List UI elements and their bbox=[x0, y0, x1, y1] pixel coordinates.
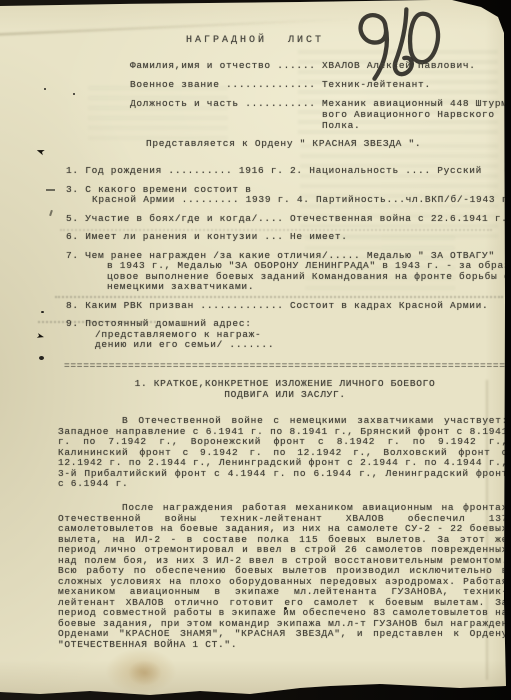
section-title-line: ПОДВИГА ИЛИ ЗАСЛУГ. bbox=[70, 390, 500, 401]
section-title-line: 1. КРАТКОЕ,КОНКРЕТНОЕ ИЗЛОЖЕНИЕ ЛИЧНОГО … bbox=[70, 379, 500, 390]
questionnaire-line: в 1943 г., Медалью "ЗА ОБОРОНУ ЛЕНИНГРАД… bbox=[107, 261, 510, 272]
questionnaire-line: Красной Армии ......... 1939 г. 4. Парти… bbox=[92, 195, 510, 206]
ink-speck bbox=[73, 93, 75, 95]
ink-speck bbox=[39, 356, 44, 360]
questionnaire-line: 1. Год рождения .......... 1916 г. 2. На… bbox=[66, 166, 510, 177]
feat-description-paragraph: После награждения работая механиком авиа… bbox=[58, 503, 508, 650]
questionnaire-line: дению или его семьи/ ....... bbox=[95, 340, 510, 351]
pencil-tick-mark bbox=[49, 210, 53, 216]
questionnaire-line: 9. Постоянный домашний адрес: bbox=[66, 319, 510, 330]
questionnaire-line: немецкими захватчиками. bbox=[107, 282, 510, 293]
pencil-dash-mark bbox=[46, 189, 55, 191]
document-title: НАГРАДНОЙ ЛИСТ bbox=[40, 36, 470, 47]
award-presentation-line: Представляется к Ордену " КРАСНАЯ ЗВЕЗДА… bbox=[146, 139, 421, 150]
header-field-line: Должность и часть ........... Механик ав… bbox=[130, 98, 508, 109]
photo-background: ➤ ➤ НАГРАДНОЙ ЛИСТ Фамилия,имя и отчеств… bbox=[0, 0, 511, 700]
header-field-line: Полка. bbox=[322, 120, 508, 131]
header-fields: Фамилия,имя и отчество ...... ХВАЛОВ Але… bbox=[130, 60, 508, 131]
ink-arrow-mark: ➤ bbox=[35, 146, 47, 157]
section-title: 1. КРАТКОЕ,КОНКРЕТНОЕ ИЗЛОЖЕНИЕ ЛИЧНОГО … bbox=[70, 379, 500, 400]
ink-speck bbox=[41, 311, 44, 313]
stain bbox=[128, 660, 162, 686]
ink-speck bbox=[44, 88, 46, 90]
ink-arrow-mark: ➤ bbox=[35, 332, 45, 341]
typed-divider: ========================================… bbox=[64, 361, 510, 372]
header-field-line: Военное звание .............. Техник-лей… bbox=[130, 79, 508, 90]
document-page: ➤ ➤ НАГРАДНОЙ ЛИСТ Фамилия,имя и отчеств… bbox=[0, 0, 511, 700]
questionnaire-line: 5. Участие в боях/где и когда/.... Отече… bbox=[66, 214, 510, 225]
paper-crease bbox=[0, 18, 350, 36]
questionnaire-line: 6. Имеет ли ранения и контузии ... Не им… bbox=[66, 232, 510, 243]
questionnaire-items: 1. Год рождения .......... 1916 г. 2. На… bbox=[66, 166, 510, 351]
header-field-line: вого Авиационного Нарвского bbox=[322, 109, 508, 120]
questionnaire-line: 8. Каким РВК призван ............. Состо… bbox=[66, 301, 510, 312]
combat-service-paragraph: В Отечественной войне с немецкими захват… bbox=[58, 416, 508, 490]
header-field-line: Фамилия,имя и отчество ...... ХВАЛОВ Але… bbox=[130, 60, 508, 71]
stain bbox=[105, 648, 177, 694]
